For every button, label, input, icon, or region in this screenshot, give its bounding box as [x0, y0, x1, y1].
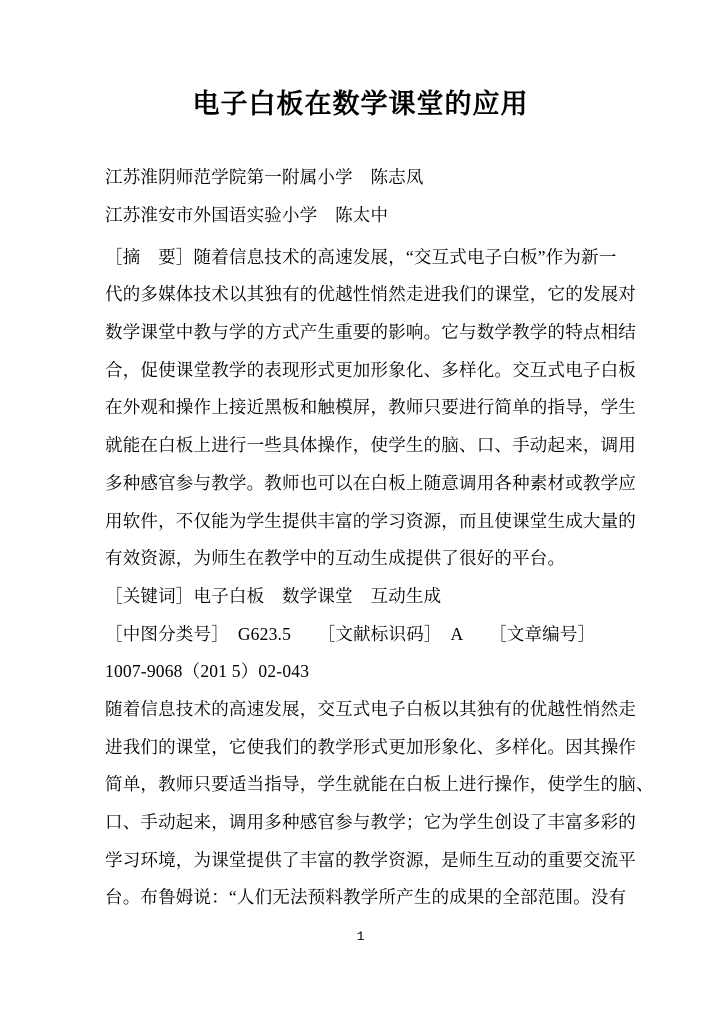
text-line: 1007-9068（201 5）02-043 — [105, 652, 621, 690]
page-number: 1 — [0, 929, 721, 944]
text-line: 就能在白板上进行一些具体操作，使学生的脑、口、手动起来，调用 — [105, 426, 621, 464]
text-line: 台。布鲁姆说：“人们无法预料教学所产生的成果的全部范围。没有 — [105, 878, 621, 916]
text-line: 进我们的课堂，它使我们的教学形式更加形象化、多样化。因其操作 — [105, 727, 621, 765]
text-line: 多种感官参与教学。教师也可以在白板上随意调用各种素材或教学应 — [105, 464, 621, 502]
body-paragraph: 随着信息技术的高速发展，交互式电子白板以其独有的优越性悄然走进我们的课堂，它使我… — [105, 690, 621, 916]
document-content: 江苏淮阴师范学院第一附属小学 陈志凤江苏淮安市外国语实验小学 陈太中 ［摘 要］… — [105, 158, 621, 916]
text-line: 口、手动起来，调用多种感官参与教学；它为学生创设了丰富多彩的 — [105, 803, 621, 841]
classification-lines: ［中图分类号］ G623.5 ［文献标识码］ A ［文章编号］1007-9068… — [105, 614, 621, 689]
text-line: 代的多媒体技术以其独有的优越性悄然走进我们的课堂，它的发展对 — [105, 275, 621, 313]
text-line: 用软件，不仅能为学生提供丰富的学习资源，而且使课堂生成大量的 — [105, 501, 621, 539]
text-line: ［关键词］电子白板 数学课堂 互动生成 — [105, 577, 621, 615]
text-line: 数学课堂中教与学的方式产生重要的影响。它与数学教学的特点相结 — [105, 313, 621, 351]
text-line: 有效资源，为师生在教学中的互动生成提供了很好的平台。 — [105, 539, 621, 577]
authors-block: 江苏淮阴师范学院第一附属小学 陈志凤江苏淮安市外国语实验小学 陈太中 — [105, 158, 621, 233]
text-line: 合，促使课堂教学的表现形式更加形象化、多样化。交互式电子白板 — [105, 350, 621, 388]
text-line: ［中图分类号］ G623.5 ［文献标识码］ A ［文章编号］ — [105, 614, 621, 652]
text-line: 江苏淮安市外国语实验小学 陈太中 — [105, 196, 621, 234]
document-page: 电子白板在数学课堂的应用 江苏淮阴师范学院第一附属小学 陈志凤江苏淮安市外国语实… — [0, 0, 721, 1020]
abstract-paragraph: ［摘 要］随着信息技术的高速发展，“交互式电子白板”作为新一代的多媒体技术以其独… — [105, 237, 621, 576]
text-line: 学习环境，为课堂提供了丰富的教学资源，是师生互动的重要交流平 — [105, 840, 621, 878]
text-line: 在外观和操作上接近黑板和触模屏，教师只要进行简单的指导，学生 — [105, 388, 621, 426]
text-line: 简单，教师只要适当指导，学生就能在白板上进行操作，使学生的脑、 — [105, 765, 621, 803]
text-line: 随着信息技术的高速发展，交互式电子白板以其独有的优越性悄然走 — [105, 690, 621, 728]
text-line: 江苏淮阴师范学院第一附属小学 陈志凤 — [105, 158, 621, 196]
text-line: ［摘 要］随着信息技术的高速发展，“交互式电子白板”作为新一 — [105, 237, 621, 275]
document-title: 电子白板在数学课堂的应用 — [0, 82, 721, 121]
keywords-line: ［关键词］电子白板 数学课堂 互动生成 — [105, 577, 621, 615]
